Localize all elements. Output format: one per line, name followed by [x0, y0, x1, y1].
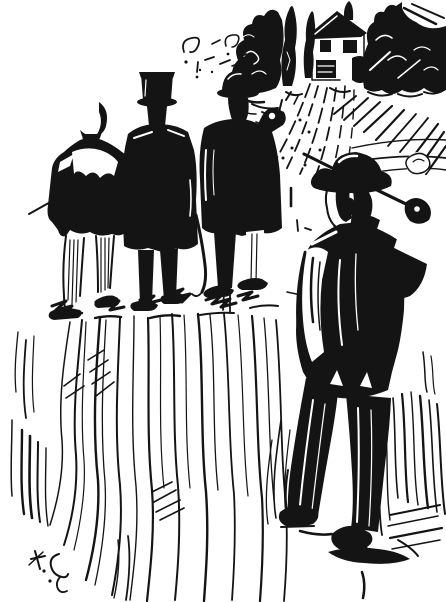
- figure-middle: [122, 72, 206, 311]
- illustration: [0, 0, 446, 602]
- artist-monogram: [29, 551, 68, 592]
- cottage-roof: [307, 11, 367, 39]
- figure-middle-frock-coat: [122, 124, 198, 252]
- walking-group: [29, 70, 286, 320]
- illustration-canvas: [0, 0, 446, 602]
- figure-right-coat: [200, 108, 286, 236]
- cottage-window-right: [343, 40, 357, 53]
- cottage-window-left: [320, 40, 331, 52]
- roadside-bush-scribble: [406, 152, 430, 176]
- foreground-man: [279, 152, 434, 598]
- cottage: [307, 11, 368, 83]
- figure-right: [200, 70, 286, 298]
- figure-right-raised-hand: [269, 113, 275, 119]
- hatch-cluster-upper: [64, 350, 114, 398]
- cottage-door: [316, 60, 336, 78]
- top-hat: [137, 72, 177, 107]
- figure-left: [29, 100, 134, 320]
